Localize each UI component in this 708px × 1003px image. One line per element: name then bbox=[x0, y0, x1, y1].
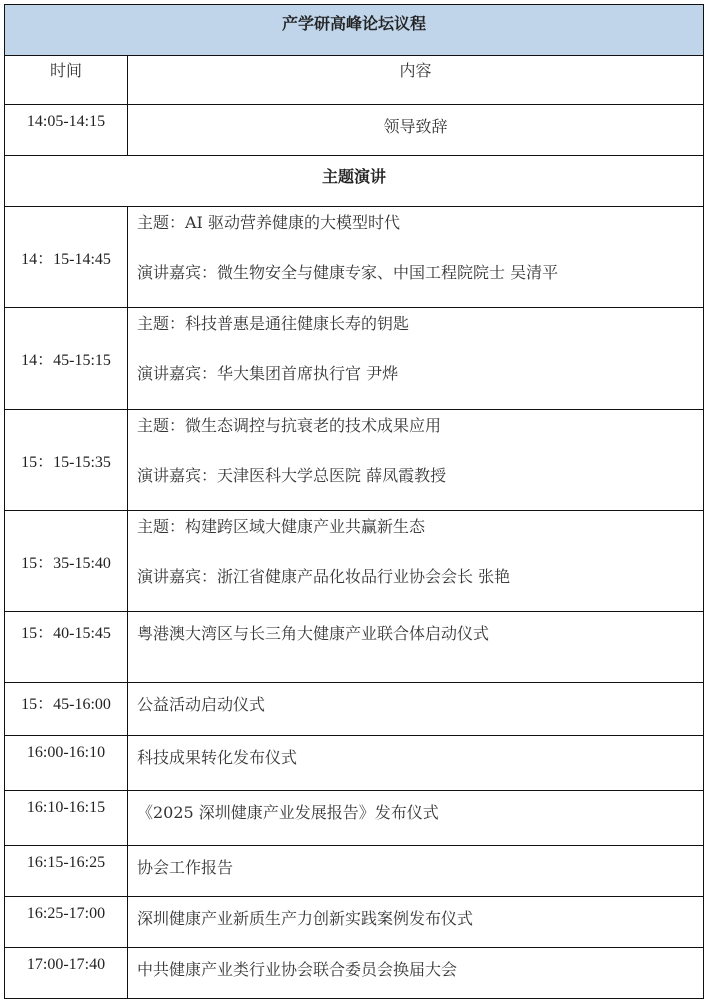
time-cell: 17:00-17:40 bbox=[5, 948, 128, 999]
time-cell: 14：15-14:45 bbox=[5, 207, 128, 308]
content-cell: 主题：科技普惠是通往健康长寿的钥匙 演讲嘉宾：华大集团首席执行官 尹烨 bbox=[128, 308, 704, 410]
content-cell: 协会工作报告 bbox=[128, 846, 704, 897]
content-cell: 粤港澳大湾区与长三角大健康产业联合体启动仪式 bbox=[128, 612, 704, 683]
time-cell: 15：35-15:40 bbox=[5, 511, 128, 612]
time-cell: 15：15-15:35 bbox=[5, 410, 128, 511]
time-cell: 14:05-14:15 bbox=[5, 105, 128, 156]
content-cell: 公益活动启动仪式 bbox=[128, 683, 704, 736]
table-row-speech: 14：45-15:15 主题：科技普惠是通往健康长寿的钥匙 演讲嘉宾：华大集团首… bbox=[5, 308, 704, 410]
section-heading: 主题演讲 bbox=[5, 156, 704, 207]
time-cell: 16:25-17:00 bbox=[5, 897, 128, 948]
agenda-title: 产学研高峰论坛议程 bbox=[5, 5, 704, 56]
content-cell: 《2025 深圳健康产业发展报告》发布仪式 bbox=[128, 791, 704, 846]
table-row-speech: 15：35-15:40 主题：构建跨区域大健康产业共赢新生态 演讲嘉宾：浙江省健… bbox=[5, 511, 704, 612]
table-row-item: 15：45-16:00 公益活动启动仪式 bbox=[5, 683, 704, 736]
speech-speaker: 演讲嘉宾：浙江省健康产品化妆品行业协会会长 张艳 bbox=[137, 537, 703, 587]
column-header-content: 内容 bbox=[128, 56, 704, 105]
content-cell: 领导致辞 bbox=[128, 105, 704, 156]
content-cell: 主题：AI 驱动营养健康的大模型时代 演讲嘉宾：微生物安全与健康专家、中国工程院… bbox=[128, 207, 704, 308]
time-cell: 14：45-15:15 bbox=[5, 308, 128, 410]
title-row: 产学研高峰论坛议程 bbox=[5, 5, 704, 56]
agenda-table: 产学研高峰论坛议程 时间 内容 14:05-14:15 领导致辞 主题演讲 14… bbox=[4, 4, 704, 999]
column-header-time: 时间 bbox=[5, 56, 128, 105]
speech-topic: 主题：AI 驱动营养健康的大模型时代 bbox=[137, 207, 703, 233]
content-cell: 深圳健康产业新质生产力创新实践案例发布仪式 bbox=[128, 897, 704, 948]
table-row-item: 16:15-16:25 协会工作报告 bbox=[5, 846, 704, 897]
table-row-item: 16:10-16:15 《2025 深圳健康产业发展报告》发布仪式 bbox=[5, 791, 704, 846]
table-row-item: 15：40-15:45 粤港澳大湾区与长三角大健康产业联合体启动仪式 bbox=[5, 612, 704, 683]
speech-topic: 主题：构建跨区域大健康产业共赢新生态 bbox=[137, 511, 703, 537]
speech-speaker: 演讲嘉宾：华大集团首席执行官 尹烨 bbox=[137, 334, 703, 384]
content-cell: 中共健康产业类行业协会联合委员会换届大会 bbox=[128, 948, 704, 999]
speech-speaker: 演讲嘉宾：天津医科大学总医院 薛凤霞教授 bbox=[137, 436, 703, 486]
table-row-speech: 14：15-14:45 主题：AI 驱动营养健康的大模型时代 演讲嘉宾：微生物安… bbox=[5, 207, 704, 308]
content-cell: 科技成果转化发布仪式 bbox=[128, 736, 704, 791]
table-row-item: 16:00-16:10 科技成果转化发布仪式 bbox=[5, 736, 704, 791]
time-cell: 15：40-15:45 bbox=[5, 612, 128, 683]
header-row: 时间 内容 bbox=[5, 56, 704, 105]
table-row-speech: 15：15-15:35 主题：微生态调控与抗衰老的技术成果应用 演讲嘉宾：天津医… bbox=[5, 410, 704, 511]
speech-speaker: 演讲嘉宾：微生物安全与健康专家、中国工程院院士 吴清平 bbox=[137, 233, 703, 283]
table-row-item: 17:00-17:40 中共健康产业类行业协会联合委员会换届大会 bbox=[5, 948, 704, 999]
time-cell: 16:15-16:25 bbox=[5, 846, 128, 897]
content-cell: 主题：构建跨区域大健康产业共赢新生态 演讲嘉宾：浙江省健康产品化妆品行业协会会长… bbox=[128, 511, 704, 612]
table-row-item: 16:25-17:00 深圳健康产业新质生产力创新实践案例发布仪式 bbox=[5, 897, 704, 948]
time-cell: 16:10-16:15 bbox=[5, 791, 128, 846]
speech-topic: 主题：微生态调控与抗衰老的技术成果应用 bbox=[137, 410, 703, 436]
content-cell: 主题：微生态调控与抗衰老的技术成果应用 演讲嘉宾：天津医科大学总医院 薛凤霞教授 bbox=[128, 410, 704, 511]
speech-topic: 主题：科技普惠是通往健康长寿的钥匙 bbox=[137, 308, 703, 334]
section-row: 主题演讲 bbox=[5, 156, 704, 207]
table-row-opening: 14:05-14:15 领导致辞 bbox=[5, 105, 704, 156]
time-cell: 15：45-16:00 bbox=[5, 683, 128, 736]
time-cell: 16:00-16:10 bbox=[5, 736, 128, 791]
